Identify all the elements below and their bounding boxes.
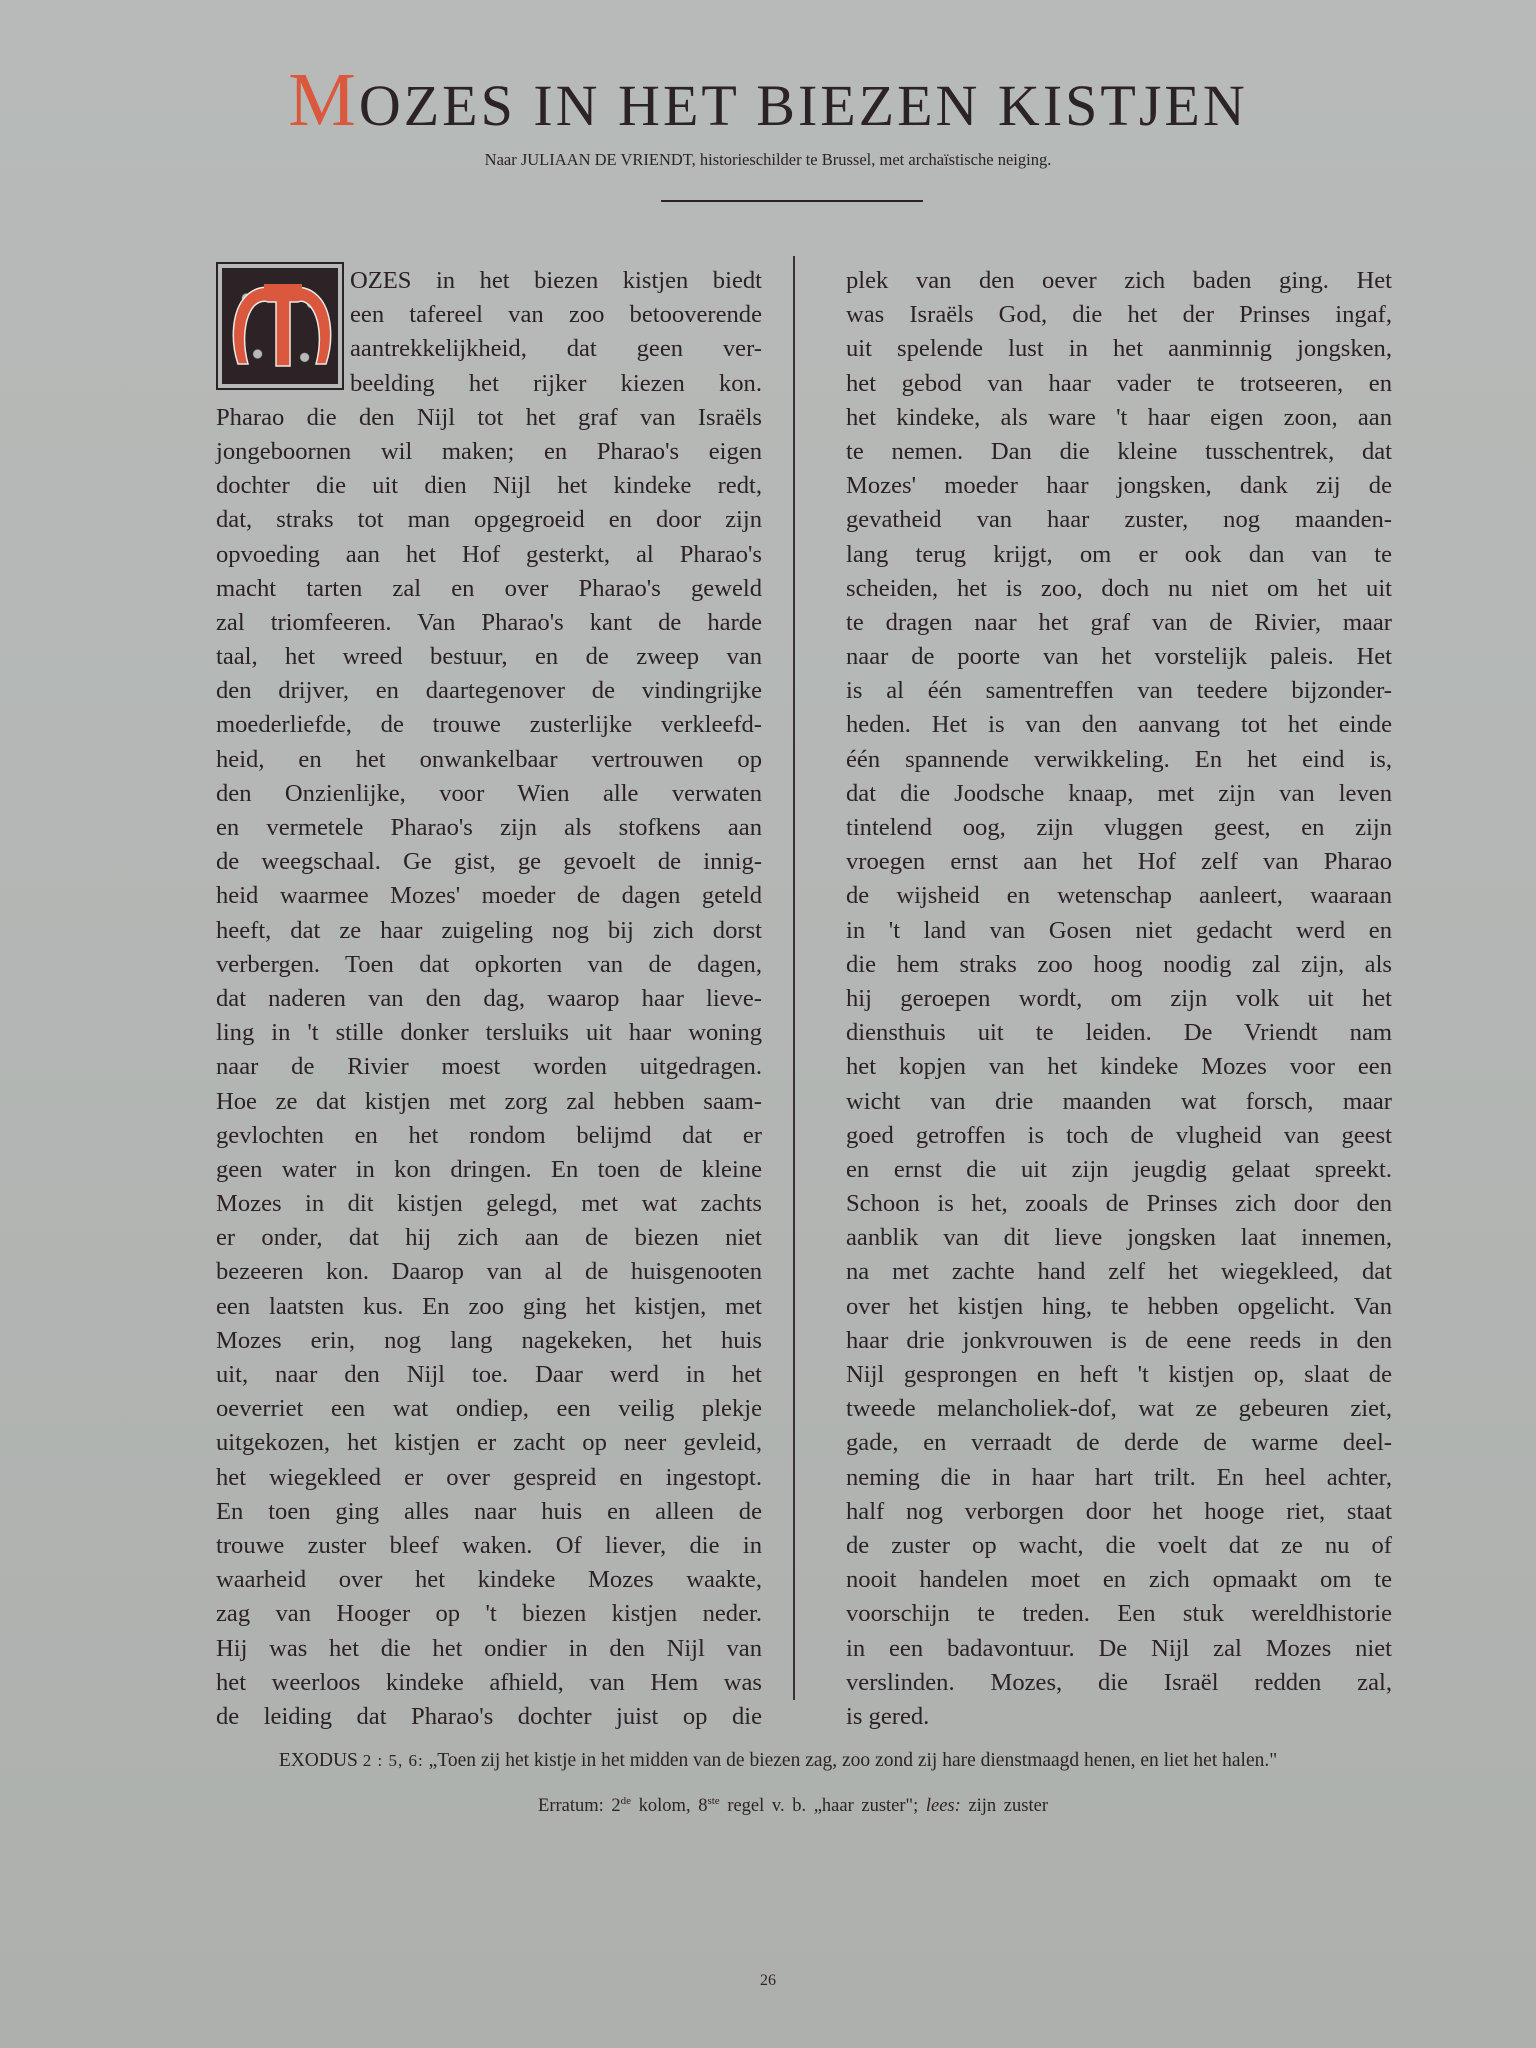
text-line: het weerloos kindeke afhield, van Hem wa… [216, 1666, 762, 1700]
text-line: geen water in kon dringen. En toen de kl… [216, 1153, 762, 1187]
erratum-column-suffix: de [621, 1795, 631, 1807]
text-line: moederliefde, de trouwe zusterlijke verk… [216, 708, 762, 742]
text-line: naar de poorte van het vorstelijk paleis… [846, 640, 1392, 674]
exodus-label: EXODUS [279, 1750, 358, 1771]
text-line: er onder, dat hij zich aan de biezen nie… [216, 1221, 762, 1255]
text-line: jongeboornen wil maken; en Pharao's eige… [216, 435, 762, 469]
text-line: in een badavontuur. De Nijl zal Mozes ni… [846, 1632, 1392, 1666]
text-line: gade, en verraadt de derde de warme deel… [846, 1426, 1392, 1460]
text-line: die hem straks zoo hoog noodig zal zijn,… [846, 948, 1392, 982]
text-line: één spannende verwikkeling. En het eind … [846, 743, 1392, 777]
subtitle: Naar JULIAAN DE VRIENDT, historieschilde… [0, 150, 1536, 170]
text-line: te nemen. Dan die kleine tusschentrek, d… [846, 435, 1392, 469]
erratum-lees: lees: [926, 1796, 961, 1816]
exodus-reference: 2 : 5, 6: [363, 1751, 424, 1770]
exodus-quote: „Toen zij het kistje in het midden van d… [429, 1750, 1278, 1771]
text-line: waarheid over het kindeke Mozes waakte, [216, 1563, 762, 1597]
text-line: tintelend oog, zijn vluggen geest, en zi… [846, 811, 1392, 845]
text-line: gevlochten en het rondom belijmd dat er [216, 1119, 762, 1153]
text-line: te dragen naar het graf van de Rivier, m… [846, 606, 1392, 640]
title-text: OZES IN HET BIEZEN KISTJEN [359, 73, 1248, 138]
text-line: opvoeding aan het Hof gesterkt, al Phara… [216, 538, 762, 572]
text-line: scheiden, het is zoo, doch nu niet om he… [846, 572, 1392, 606]
text-line: de zuster op wacht, die voelt dat ze nu … [846, 1529, 1392, 1563]
text-line: aantrekkelijkheid, dat geen ver- [350, 332, 762, 366]
text-line: de weegschaal. Ge gist, ge gevoelt de in… [216, 845, 762, 879]
text-line: zal triomfeeren. Van Pharao's kant de ha… [216, 606, 762, 640]
footnote-exodus: EXODUS 2 : 5, 6: „Toen zij het kistje in… [0, 1750, 1536, 1772]
erratum-line-text: regel v. b. „haar zuster"; [727, 1796, 918, 1816]
text-line: lang terug krijgt, om er ook dan van te [846, 538, 1392, 572]
text-line-final: is gered. [846, 1700, 1392, 1734]
column-divider [793, 256, 795, 1700]
text-line: het kindeke, als ware 't haar eigen zoon… [846, 401, 1392, 435]
text-line: verbergen. Toen dat opkorten van de dage… [216, 948, 762, 982]
text-line: heid, en het onwankelbaar vertrouwen op [216, 743, 762, 777]
page-number: 26 [0, 1972, 1536, 1990]
text-line: trouwe zuster bleef waken. Of liever, di… [216, 1529, 762, 1563]
text-line: na met zachte hand zelf het wiegekleed, … [846, 1255, 1392, 1289]
text-line: over het kistjen hing, te hebben opgelic… [846, 1290, 1392, 1324]
text-line: heden. Het is van den aanvang tot het ei… [846, 708, 1392, 742]
erratum-correction: zijn zuster [968, 1796, 1048, 1816]
text-line: goed getroffen is toch de vlugheid van g… [846, 1119, 1392, 1153]
page-title: MOZES IN HET BIEZEN KISTJEN [0, 62, 1536, 138]
text-line: OZES in het biezen kistjen biedt [350, 264, 762, 298]
text-line: Nijl gesprongen en heft 't kistjen op, s… [846, 1358, 1392, 1392]
text-line: Pharao die den Nijl tot het graf van Isr… [216, 401, 762, 435]
text-line: half nog verborgen door het hooge riet, … [846, 1495, 1392, 1529]
text-line: een tafereel van zoo betooverende [350, 298, 762, 332]
text-line: en ernst die uit zijn jeugdig gelaat spr… [846, 1153, 1392, 1187]
text-line: taal, het wreed bestuur, en de zweep van [216, 640, 762, 674]
text-line: dat naderen van den dag, waarop haar lie… [216, 982, 762, 1016]
text-line: voorschijn te treden. Een stuk wereldhis… [846, 1597, 1392, 1631]
text-line: plek van den oever zich baden ging. Het [846, 264, 1392, 298]
text-line: zag van Hooger op 't biezen kistjen nede… [216, 1597, 762, 1631]
erratum-column-word: kolom, [639, 1796, 691, 1816]
text-line: Mozes erin, nog lang nagekeken, het huis [216, 1324, 762, 1358]
text-line: verslinden. Mozes, die Israël redden zal… [846, 1666, 1392, 1700]
text-line: den Onzienlijke, voor Wien alle verwaten [216, 777, 762, 811]
text-line: was Israëls God, die het der Prinses ing… [846, 298, 1392, 332]
text-line: Mozes' moeder haar jongsken, dank zij de [846, 469, 1392, 503]
text-line: macht tarten zal en over Pharao's geweld [216, 572, 762, 606]
text-line: hij geroepen wordt, om zijn volk uit het [846, 982, 1392, 1016]
erratum-line-suffix: ste [707, 1795, 719, 1807]
text-line: is al één samentreffen van teedere bijzo… [846, 674, 1392, 708]
title-rule-divider [661, 200, 923, 202]
text-line: gevatheid van haar zuster, nog maanden- [846, 503, 1392, 537]
text-line: en vermetele Pharao's zijn als stofkens … [216, 811, 762, 845]
text-line: vroegen ernst aan het Hof zelf van Phara… [846, 845, 1392, 879]
erratum-column-number: 2 [611, 1796, 620, 1816]
text-line: beelding het rijker kiezen kon. [350, 367, 762, 401]
text-line: En toen ging alles naar huis en alleen d… [216, 1495, 762, 1529]
text-line: diensthuis uit te leiden. De Vriendt nam [846, 1016, 1392, 1050]
title-initial: M [288, 58, 359, 142]
text-line: wicht van drie maanden wat forsch, maar [846, 1085, 1392, 1119]
right-column: plek van den oever zich baden ging. Het … [846, 264, 1392, 1734]
text-line: dochter die uit dien Nijl het kindeke re… [216, 469, 762, 503]
text-line: oeverriet een wat ondiep, een veilig ple… [216, 1392, 762, 1426]
text-line: in 't land van Gosen niet gedacht werd e… [846, 914, 1392, 948]
text-line: uit spelende lust in het aanminnig jongs… [846, 332, 1392, 366]
text-line: tweede melancholiek-dof, wat ze gebeuren… [846, 1392, 1392, 1426]
text-line: het wiegekleed er over gespreid en inges… [216, 1461, 762, 1495]
text-line: een laatsten kus. En zoo ging het kistje… [216, 1290, 762, 1324]
text-line: het gebod van haar vader te trotseeren, … [846, 367, 1392, 401]
text-line: uit, naar den Nijl toe. Daar werd in het [216, 1358, 762, 1392]
text-line: Mozes in dit kistjen gelegd, met wat zac… [216, 1187, 762, 1221]
text-line: Hij was het die het ondier in den Nijl v… [216, 1632, 762, 1666]
text-line: Hoe ze dat kistjen met zorg zal hebben s… [216, 1085, 762, 1119]
text-line: uitgekozen, het kistjen er zacht op neer… [216, 1426, 762, 1460]
text-line: dat die Joodsche knaap, met zijn van lev… [846, 777, 1392, 811]
text-line: Schoon is het, zooals de Prinses zich do… [846, 1187, 1392, 1221]
text-line: neming die in haar hart trilt. En heel a… [846, 1461, 1392, 1495]
text-line: haar drie jonkvrouwen is de eene reeds i… [846, 1324, 1392, 1358]
text-line: naar de Rivier moest worden uitgedragen. [216, 1050, 762, 1084]
text-line: heeft, dat ze haar zuigeling nog bij zic… [216, 914, 762, 948]
text-line: bezeeren kon. Daarop van al de huisgenoo… [216, 1255, 762, 1289]
erratum-label: Erratum: [538, 1796, 604, 1816]
text-line: de leiding dat Pharao's dochter juist op… [216, 1700, 762, 1734]
erratum-note: Erratum: 2de kolom, 8ste regel v. b. „ha… [0, 1795, 1536, 1817]
text-line: ling in 't stille donker tersluiks uit h… [216, 1016, 762, 1050]
text-line: de wijsheid en wetenschap aanleert, waar… [846, 879, 1392, 913]
text-line: heid waarmee Mozes' moeder de dagen gete… [216, 879, 762, 913]
text-line: den drijver, en daartegenover de vinding… [216, 674, 762, 708]
text-line: het kopjen van het kindeke Mozes voor ee… [846, 1050, 1392, 1084]
text-line: nooit handelen moet en zich opmaakt om t… [846, 1563, 1392, 1597]
text-line: aanblik van dit lieve jongsken laat inne… [846, 1221, 1392, 1255]
left-column: OZES in het biezen kistjen biedt een taf… [216, 264, 762, 1734]
text-line: dat, straks tot man opgegroeid en door z… [216, 503, 762, 537]
